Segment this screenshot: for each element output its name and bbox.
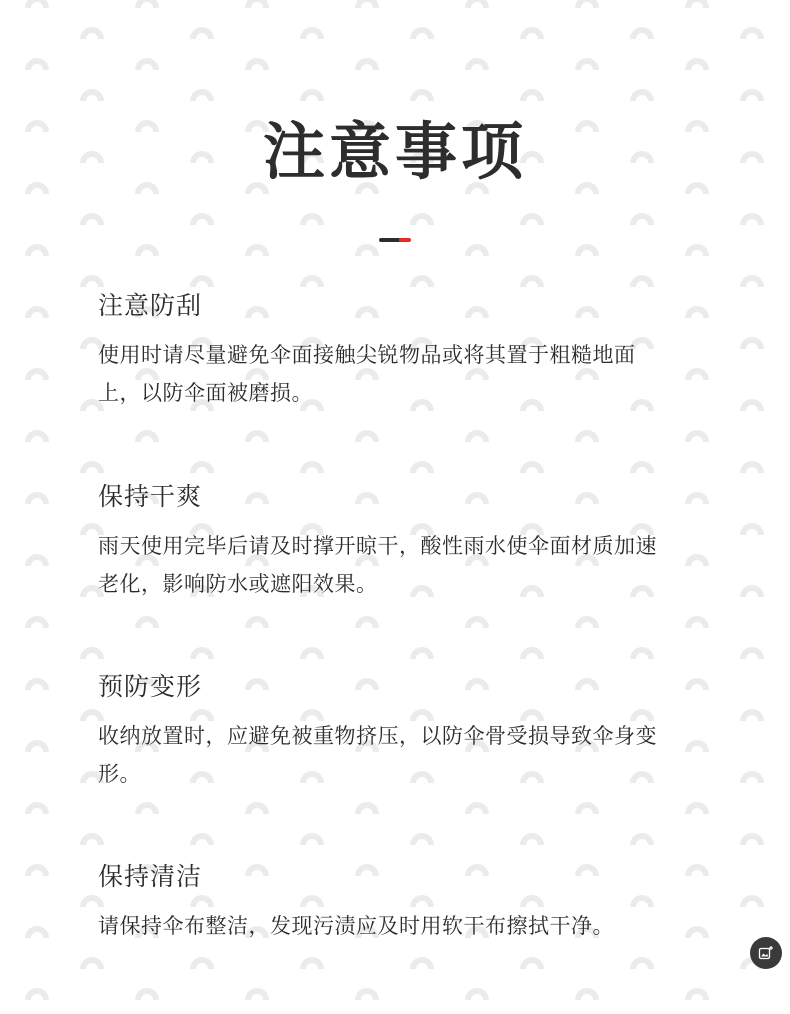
section-body: 收纳放置时，应避免被重物挤压，以防伞骨受损导致伞身变形。	[98, 717, 663, 793]
title-divider	[379, 238, 411, 242]
image-add-button[interactable]	[750, 937, 782, 969]
divider-accent	[399, 238, 411, 242]
section-keep-dry: 保持干爽 雨天使用完毕后请及时撑开晾干，酸性雨水使伞面材质加速老化，影响防水或遮…	[98, 479, 678, 603]
section-body: 使用时请尽量避免伞面接触尖锐物品或将其置于粗糙地面上，以防伞面被磨损。	[98, 336, 663, 412]
section-heading: 注意防刮	[98, 288, 678, 324]
section-keep-clean: 保持清洁 请保持伞布整洁，发现污渍应及时用软干布擦拭干净。	[98, 859, 678, 945]
divider-dark	[379, 238, 399, 242]
section-prevent-deformation: 预防变形 收纳放置时，应避免被重物挤压，以防伞骨受损导致伞身变形。	[98, 669, 678, 793]
section-body: 请保持伞布整洁，发现污渍应及时用软干布擦拭干净。	[98, 907, 663, 945]
section-heading: 保持清洁	[98, 859, 678, 895]
section-scratch-prevention: 注意防刮 使用时请尽量避免伞面接触尖锐物品或将其置于粗糙地面上，以防伞面被磨损。	[98, 288, 678, 412]
image-add-icon	[758, 945, 774, 961]
section-body: 雨天使用完毕后请及时撑开晾干，酸性雨水使伞面材质加速老化，影响防水或遮阳效果。	[98, 527, 663, 603]
page-title: 注意事项	[0, 112, 790, 192]
section-heading: 预防变形	[98, 669, 678, 705]
section-heading: 保持干爽	[98, 479, 678, 515]
